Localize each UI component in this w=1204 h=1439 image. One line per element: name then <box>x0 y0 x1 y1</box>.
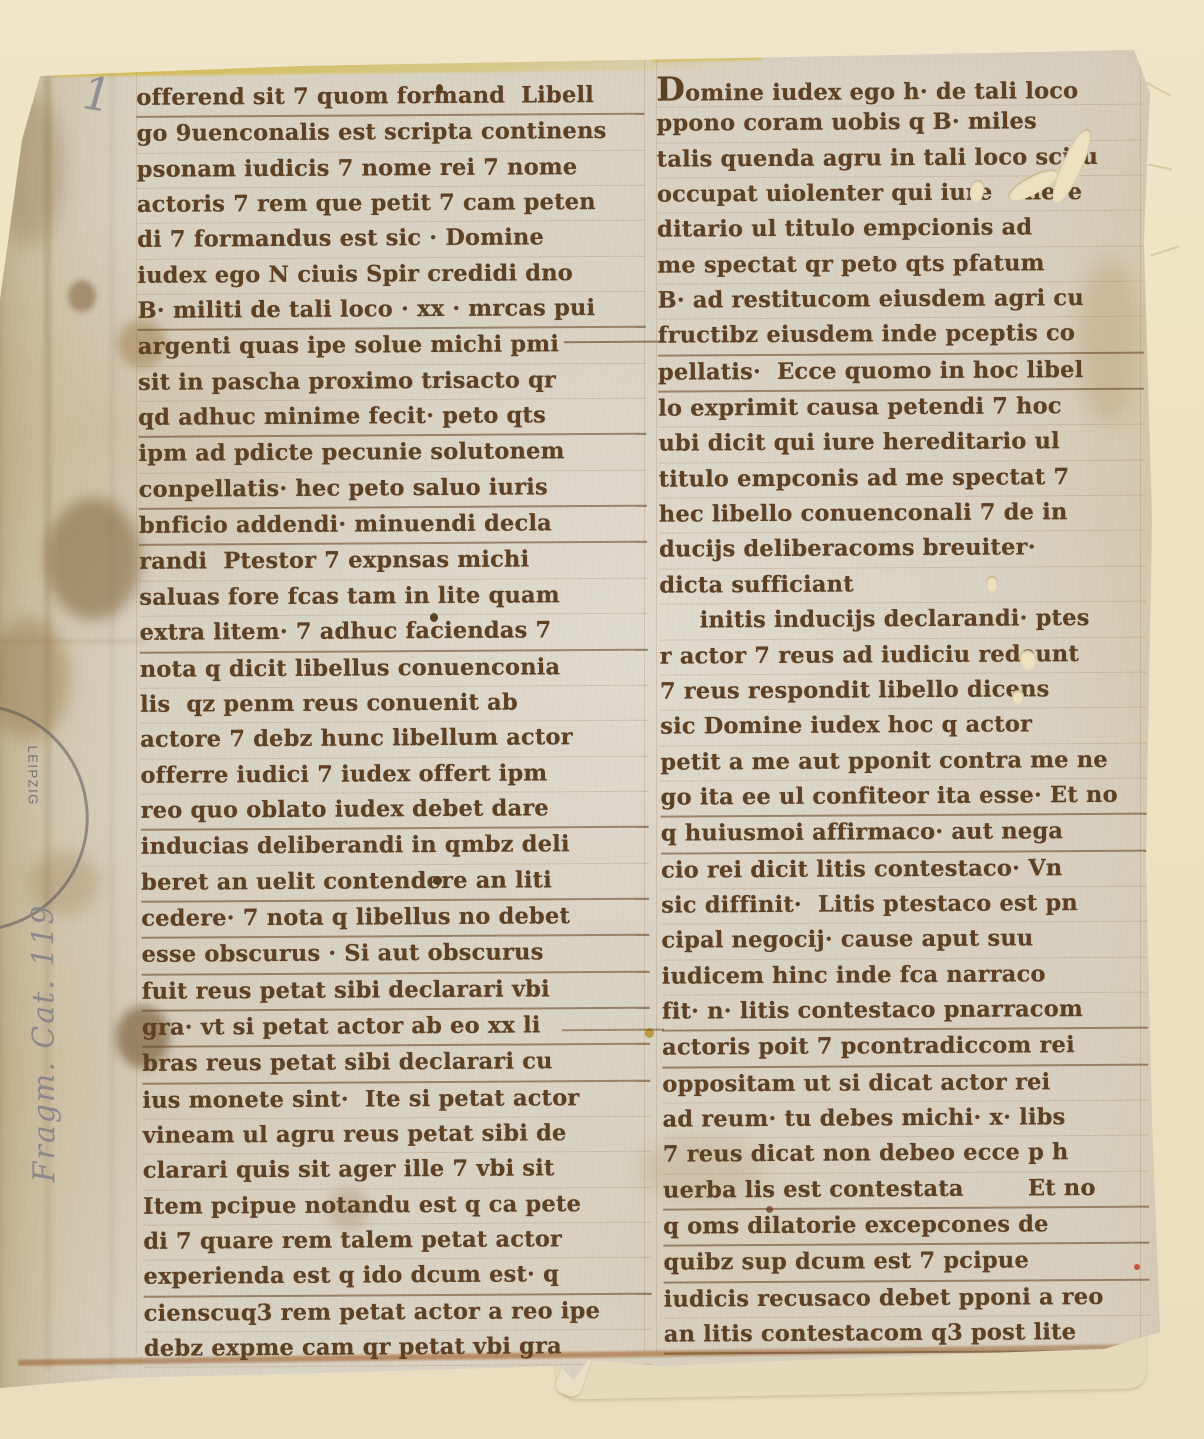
manuscript-line: petit a me aut pponit contra me ne <box>660 743 1146 781</box>
manuscript-line: bras reus petat sibi declarari cu <box>142 1045 650 1084</box>
manuscript-line: talis quenda agru in tali loco scitu <box>657 140 1143 178</box>
manuscript-line: bnficio addendi· minuendi decla <box>139 507 647 546</box>
manuscript-line: nota q dicit libellus conuenconia <box>140 650 648 688</box>
manuscript-line: actore 7 debz hunc libellum actor <box>140 721 648 759</box>
manuscript-line: gra· vt si petat actor ab eo xx li <box>142 1009 650 1048</box>
manuscript-line: actoris 7 rem que petit 7 cam peten <box>137 186 645 224</box>
manuscript-line: lo exprimit causa petendi 7 hoc <box>658 390 1144 428</box>
manuscript-line: sic diffinit· Litis ptestaco est pn <box>661 887 1147 925</box>
manuscript-line: argenti quas ipe solue michi pmi <box>138 328 646 366</box>
manuscript-line: offerend sit 7 quom formand Libell <box>136 79 644 118</box>
manuscript-line: qd adhuc minime fecit· peto qts <box>138 399 646 438</box>
manuscript-line: ubi dicit qui iure hereditario ul <box>658 425 1144 463</box>
manuscript-line: ipm ad pdicte pecunie solutonem <box>138 435 646 473</box>
manuscript-line: 7 reus respondit libello dicens <box>660 673 1146 711</box>
manuscript-line: go 9uenconalis est scripta continens <box>136 115 644 153</box>
manuscript-line: Domine iudex ego h· de tali loco <box>656 70 1142 108</box>
manuscript-line: titulo empconis ad me spectat 7 <box>659 460 1145 498</box>
manuscript-line: fructibz eiusdem inde pceptis co <box>658 317 1144 356</box>
manuscript-line: saluas fore fcas tam in lite quam <box>139 579 647 617</box>
manuscript-line: cienscuq3 rem petat actor a reo ipe <box>144 1294 652 1332</box>
manuscript-line: r actor 7 reus ad iudiciu redeunt <box>660 637 1146 675</box>
manuscript-line: 7 reus dicat non debeo ecce p h <box>663 1136 1149 1174</box>
manuscript-line: fit· n· litis contestaco pnarracom <box>662 993 1148 1032</box>
manuscript-line: actoris poit 7 pcontradiccom rei <box>662 1029 1148 1068</box>
manuscript-line: iudex ego N ciuis Spir credidi dno <box>137 256 645 294</box>
text-column-right: Domine iudex ego h· de tali locoppono co… <box>656 70 1150 1355</box>
manuscript-line: di 7 quare rem talem petat actor <box>143 1223 651 1261</box>
manuscript-line: debz expme cam qr petat vbi gra <box>144 1330 652 1368</box>
manuscript-line: ducijs deliberacoms breuiter· <box>659 531 1145 569</box>
manuscript-line: go ita ee ul confiteor ita esse· Et no <box>660 779 1146 818</box>
manuscript-line: lis qz penm reus conuenit ab <box>140 686 648 724</box>
manuscript-line: ius monete sint· Ite si petat actor <box>142 1081 650 1119</box>
parchment-fiber <box>1148 164 1172 171</box>
manuscript-content: 1 LEIPZIG Fragm. Cat. 119 offerend sit 7… <box>0 0 1204 1439</box>
manuscript-line: inducias deliberandi in qmbz deli <box>141 828 649 866</box>
manuscript-line: esse obscurus · Si aut obscurus <box>141 936 649 975</box>
folio-number: 1 <box>75 65 119 122</box>
manuscript-line: an litis contestacom q3 post lite <box>664 1316 1150 1355</box>
manuscript-line: conpellatis· hec peto saluo iuris <box>139 470 647 509</box>
manuscript-line: cedere· 7 nota q libellus no debet <box>141 900 649 939</box>
manuscript-line: fuit reus petat sibi declarari vbi <box>142 972 650 1011</box>
manuscript-line: sit in pascha proximo trisacto qr <box>138 363 646 401</box>
manuscript-line: occupat uiolenter qui iure here <box>657 176 1143 214</box>
photo-backdrop: 1 LEIPZIG Fragm. Cat. 119 offerend sit 7… <box>0 0 1204 1439</box>
manuscript-line: reo quo oblato iudex debet dare <box>141 792 649 831</box>
manuscript-line: dicta sufficiant <box>659 566 1145 604</box>
manuscript-line: me spectat qr peto qts pfatum <box>657 246 1143 284</box>
manuscript-line: randi Ptestor 7 expnsas michi <box>139 543 647 581</box>
parchment-fiber <box>1150 245 1179 256</box>
manuscript-line: sic Domine iudex hoc q actor <box>660 708 1146 746</box>
manuscript-line: B· ad restitucom eiusdem agri cu <box>657 282 1143 320</box>
manuscript-line: Item pcipue notandu est q ca pete <box>143 1187 651 1225</box>
manuscript-line: ppono coram uobis q B· miles <box>656 105 1142 143</box>
manuscript-line: quibz sup dcum est 7 pcipue <box>663 1244 1149 1283</box>
manuscript-line: ditario ul titulo empcionis ad <box>657 211 1143 249</box>
shelfmark-inscription: Fragm. Cat. 119 <box>25 843 62 1243</box>
manuscript-line: uerba lis est contestata Et no <box>663 1171 1149 1210</box>
manuscript-line: cipal negocij· cause aput suu <box>661 922 1147 960</box>
manuscript-line: q oms dilatorie excepcones de <box>663 1208 1149 1247</box>
manuscript-line: offerre iudici 7 iudex offert ipm <box>140 756 648 794</box>
manuscript-line: psonam iudicis 7 nome rei 7 nome <box>137 150 645 188</box>
manuscript-line: pellatis· Ecce quomo in hoc libel <box>658 353 1144 392</box>
manuscript-line: initis inducijs declarandi· ptes <box>659 602 1145 640</box>
manuscript-line: clarari quis sit ager ille 7 vbi sit <box>143 1152 651 1190</box>
parchment-sheet: 1 LEIPZIG Fragm. Cat. 119 offerend sit 7… <box>0 0 1204 1439</box>
manuscript-line: hec libello conuenconali 7 de in <box>659 496 1145 534</box>
manuscript-line: extra litem· 7 adhuc faciendas 7 <box>139 614 647 653</box>
library-stamp-text: LEIPZIG <box>25 745 40 805</box>
manuscript-line: q huiusmoi affirmaco· aut nega <box>661 815 1147 854</box>
text-column-left: offerend sit 7 quom formand Libellgo 9ue… <box>136 79 652 1368</box>
manuscript-line: experienda est q ido dcum est· q <box>143 1258 651 1297</box>
manuscript-line: vineam ul agru reus petat sibi de <box>143 1117 651 1155</box>
manuscript-line: di 7 formandus est sic · Domine <box>137 221 645 259</box>
manuscript-line: iudicis recusaco debet pponi a reo <box>664 1280 1150 1318</box>
manuscript-line: oppositam ut si dicat actor rei <box>662 1065 1148 1103</box>
manuscript-line: B· militi de tali loco · xx · mrcas pui <box>138 292 646 331</box>
manuscript-line: ad reum· tu debes michi· x· libs <box>662 1101 1148 1139</box>
manuscript-line: beret an uelit contendere an liti <box>141 863 649 902</box>
manuscript-line: cio rei dicit litis contestaco· Vn <box>661 851 1147 889</box>
manuscript-line: iudicem hinc inde fca narraco <box>662 957 1148 995</box>
